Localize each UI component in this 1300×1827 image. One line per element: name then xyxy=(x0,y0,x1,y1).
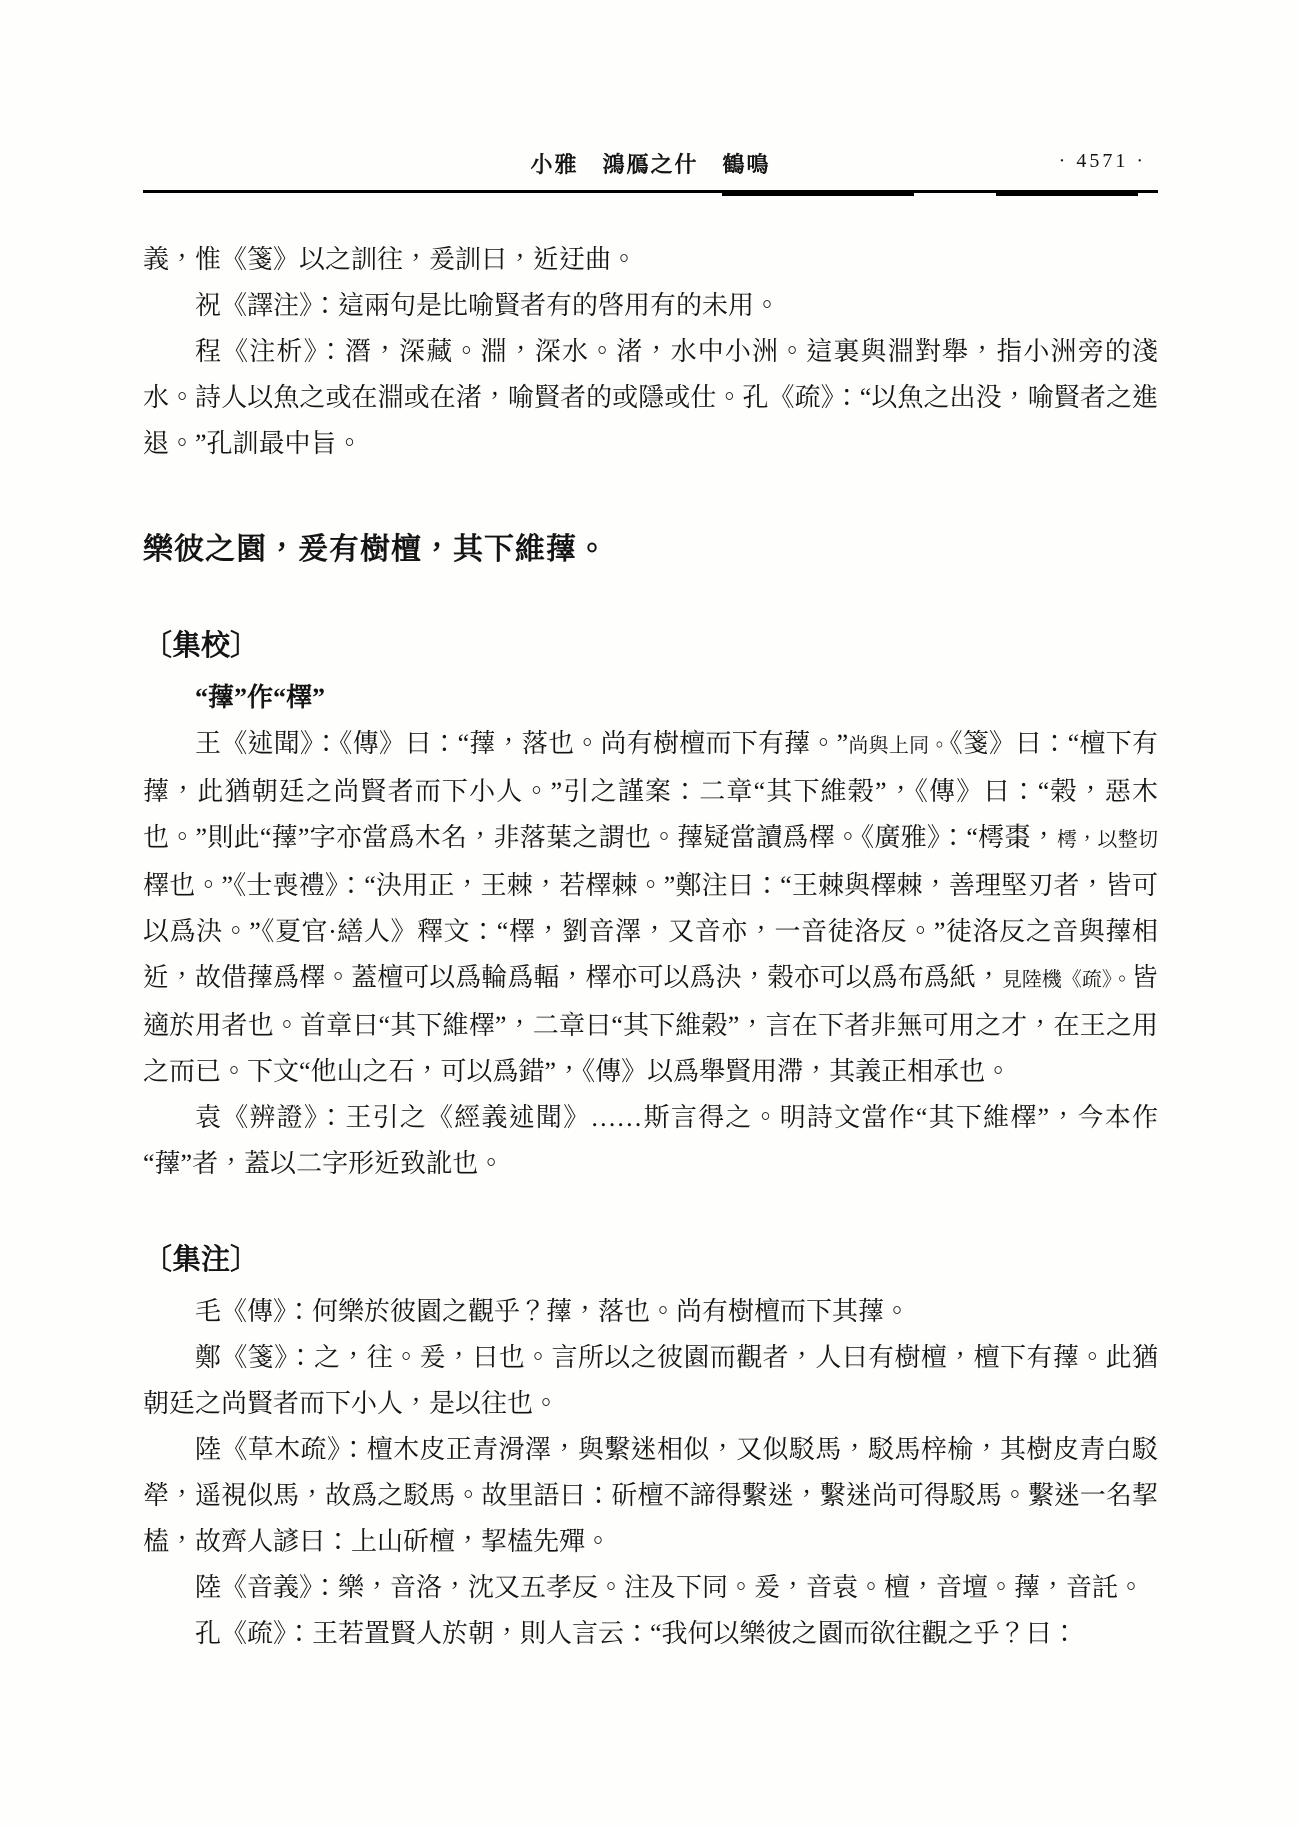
text-segment: 陸《音義》：樂，音洛，沈又五孝反。注及下同。爰，音袁。檀，音壇。蘀，音託。 xyxy=(195,1573,1144,1602)
running-head: 小雅 鴻鴈之什 鶴鳴 · 4571 · xyxy=(143,148,1158,188)
paragraph: 孔《疏》：王若置賢人於朝，則人言云：“我何以樂彼之園而欲往觀之乎？曰： xyxy=(143,1611,1158,1657)
text-segment: 祝《譯注》：這兩句是比喻賢者有的啓用有的未用。 xyxy=(195,291,780,320)
paragraph: 王《述聞》：《傳》曰：“蘀，落也。尚有樹檀而下有蘀。”尚與上同。《箋》曰：“檀下… xyxy=(143,721,1158,1095)
verse-heading: 樂彼之園，爰有樹檀，其下維蘀。 xyxy=(143,527,1158,573)
chapter-title: 小雅 鴻鴈之什 鶴鳴 xyxy=(143,148,1158,179)
text-segment: 陸《草木疏》：檀木皮正青滑澤，與繫迷相似，又似駁馬，駁馬梓榆，其樹皮青白駁犖，遥… xyxy=(143,1435,1158,1556)
body-text: 義，惟《箋》以之訓往，爰訓曰，近迂曲。祝《譯注》：這兩句是比喻賢者有的啓用有的未… xyxy=(143,237,1158,1657)
paragraph: 陸《草木疏》：檀木皮正青滑澤，與繫迷相似，又似駁馬，駁馬梓榆，其樹皮青白駁犖，遥… xyxy=(143,1427,1158,1565)
page-content: 小雅 鴻鴈之什 鶴鳴 · 4571 · 義，惟《箋》以之訓往，爰訓曰，近迂曲。祝… xyxy=(143,148,1158,1657)
inline-small-note: 尚與上同。 xyxy=(848,735,949,757)
text-segment: 毛《傳》：何樂於彼園之觀乎？蘀，落也。尚有樹檀而下其蘀。 xyxy=(195,1297,910,1326)
paragraph: 祝《譯注》：這兩句是比喻賢者有的啓用有的未用。 xyxy=(143,283,1158,329)
text-segment: 孔《疏》：王若置賢人於朝，則人言云：“我何以樂彼之園而欲往觀之乎？曰： xyxy=(195,1619,1078,1648)
paragraph: 陸《音義》：樂，音洛，沈又五孝反。注及下同。爰，音袁。檀，音壇。蘀，音託。 xyxy=(143,1565,1158,1611)
text-segment: 義，惟《箋》以之訓往，爰訓曰，近迂曲。 xyxy=(143,245,637,274)
text-segment: 程《注析》：潛，深藏。淵，深水。渚，水中小洲。這裏與淵對舉，指小洲旁的淺水。詩人… xyxy=(143,337,1158,458)
collation-subheading: “蘀”作“檡” xyxy=(143,675,1158,721)
rule-artifact xyxy=(722,193,915,196)
book-page: 小雅 鴻鴈之什 鶴鳴 · 4571 · 義，惟《箋》以之訓往，爰訓曰，近迂曲。祝… xyxy=(0,0,1300,1827)
paragraph: 袁《辨證》：王引之《經義述聞》……斯言得之。明詩文當作“其下維檡”，今本作“蘀”… xyxy=(143,1095,1158,1187)
text-segment: 鄭《箋》：之，往。爰，曰也。言所以之彼園而觀者，人曰有樹檀，檀下有蘀。此猶朝廷之… xyxy=(143,1343,1158,1418)
paragraph: 程《注析》：潛，深藏。淵，深水。渚，水中小洲。這裏與淵對舉，指小洲旁的淺水。詩人… xyxy=(143,329,1158,467)
section-label: 〔集注〕 xyxy=(143,1237,1158,1283)
section-label: 〔集校〕 xyxy=(143,623,1158,669)
inline-small-note: 見陸機《疏》。 xyxy=(1002,969,1132,991)
header-rule xyxy=(143,190,1158,193)
text-segment: 袁《辨證》：王引之《經義述聞》……斯言得之。明詩文當作“其下維檡”，今本作“蘀”… xyxy=(143,1103,1158,1178)
inline-small-note: 樗，以整切 xyxy=(1057,829,1158,851)
paragraph: 毛《傳》：何樂於彼園之觀乎？蘀，落也。尚有樹檀而下其蘀。 xyxy=(143,1289,1158,1335)
text-segment: 王《述聞》：《傳》曰：“蘀，落也。尚有樹檀而下有蘀。” xyxy=(195,729,848,758)
paragraph: 鄭《箋》：之，往。爰，曰也。言所以之彼園而觀者，人曰有樹檀，檀下有蘀。此猶朝廷之… xyxy=(143,1335,1158,1427)
page-number: · 4571 · xyxy=(1059,150,1146,173)
paragraph: 義，惟《箋》以之訓往，爰訓曰，近迂曲。 xyxy=(143,237,1158,283)
rule-artifact xyxy=(996,193,1138,196)
